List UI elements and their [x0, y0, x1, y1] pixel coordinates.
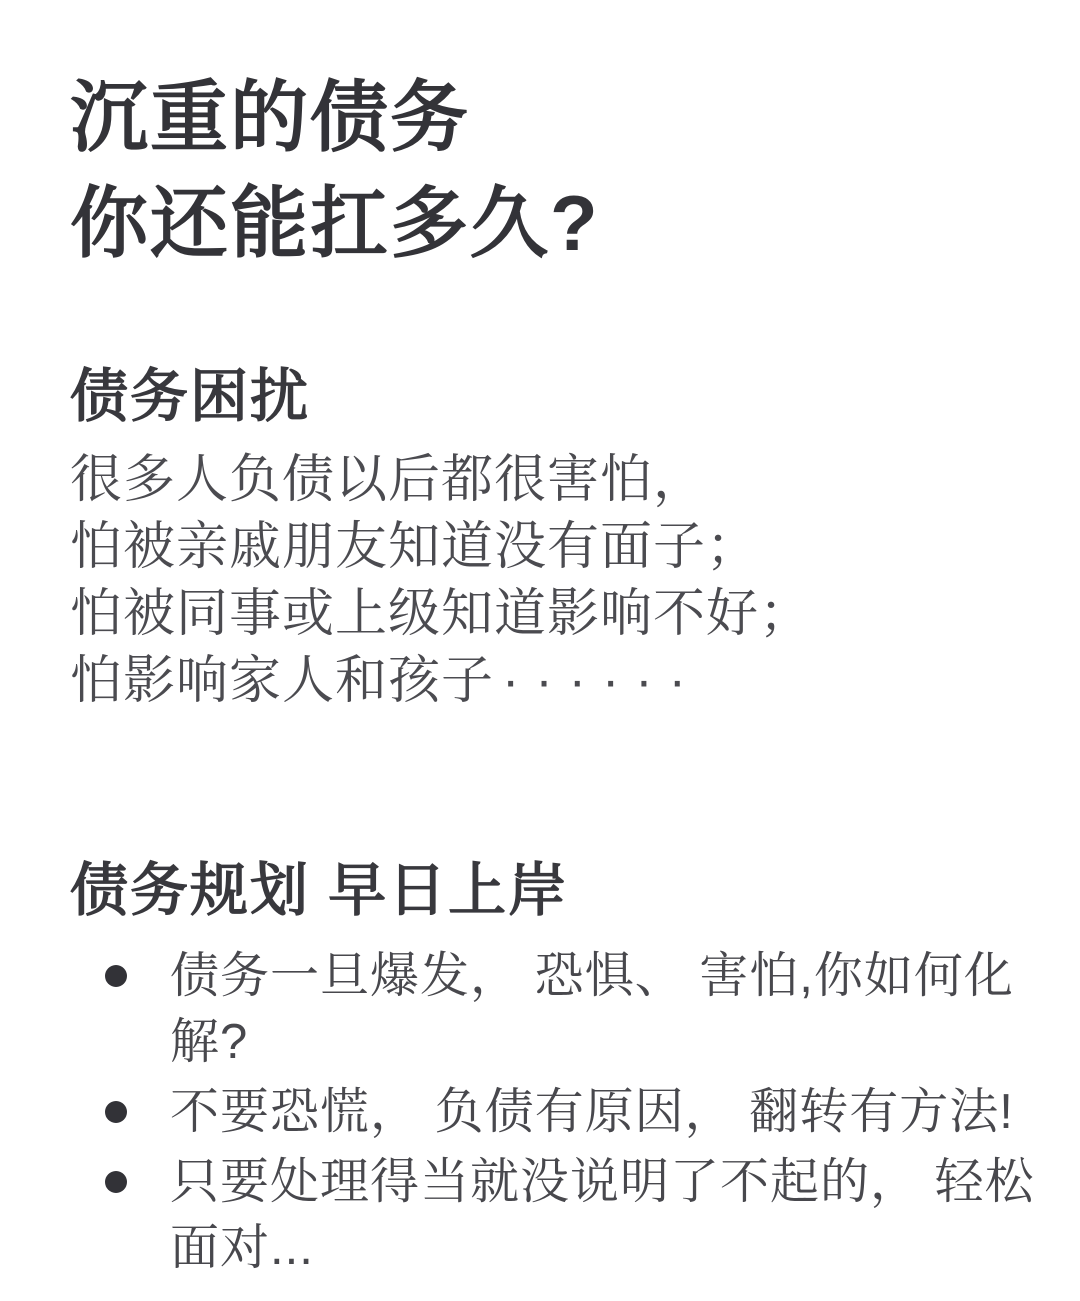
- section-debt-trouble: 债务困扰 很多人负债以后都很害怕， 怕被亲戚朋友知道没有面子； 怕被同事或上级知…: [70, 361, 1052, 715]
- bullet-dot-icon: [105, 1101, 127, 1123]
- debt-planning-bullet-list: 债务一旦爆发， 恐惧、 害怕,你如何化 解? 不要恐慌， 负债有原因， 翻转有方…: [70, 943, 1052, 1281]
- body-line: 怕被亲戚朋友知道没有面子；: [70, 514, 1052, 581]
- bullet-text: 不要恐慌， 负债有原因， 翻转有方法!: [170, 1079, 1014, 1145]
- bullet-dot-icon: [105, 965, 127, 987]
- debt-poster-page: 沉重的债务 你还能扛多久? 债务困扰 很多人负债以后都很害怕， 怕被亲戚朋友知道…: [0, 0, 1080, 1301]
- body-line: 怕影响家人和孩子······: [70, 648, 1052, 715]
- debt-trouble-body: 很多人负债以后都很害怕， 怕被亲戚朋友知道没有面子； 怕被同事或上级知道影响不好…: [70, 447, 1052, 715]
- bullet-text: 债务一旦爆发， 恐惧、 害怕,你如何化 解?: [170, 943, 1014, 1075]
- section-debt-planning: 债务规划 早日上岸 债务一旦爆发， 恐惧、 害怕,你如何化 解? 不要恐慌， 负…: [70, 855, 1052, 1281]
- section-heading-debt-planning: 债务规划 早日上岸: [70, 855, 1052, 927]
- section-heading-debt-trouble: 债务困扰: [70, 361, 1052, 433]
- page-title: 沉重的债务 你还能扛多久?: [70, 64, 1052, 276]
- list-item: 不要恐慌， 负债有原因， 翻转有方法!: [70, 1079, 1052, 1145]
- body-line: 怕被同事或上级知道影响不好；: [70, 581, 1052, 648]
- list-item: 债务一旦爆发， 恐惧、 害怕,你如何化 解?: [70, 943, 1052, 1075]
- list-item: 只要处理得当就没说明了不起的， 轻松 面对...: [70, 1149, 1052, 1281]
- body-line: 很多人负债以后都很害怕，: [70, 447, 1052, 514]
- ellipsis-dots: ······: [502, 652, 702, 710]
- bullet-text: 只要处理得当就没说明了不起的， 轻松 面对...: [170, 1149, 1035, 1281]
- body-line-text: 怕影响家人和孩子: [70, 652, 494, 710]
- bullet-dot-icon: [105, 1171, 127, 1193]
